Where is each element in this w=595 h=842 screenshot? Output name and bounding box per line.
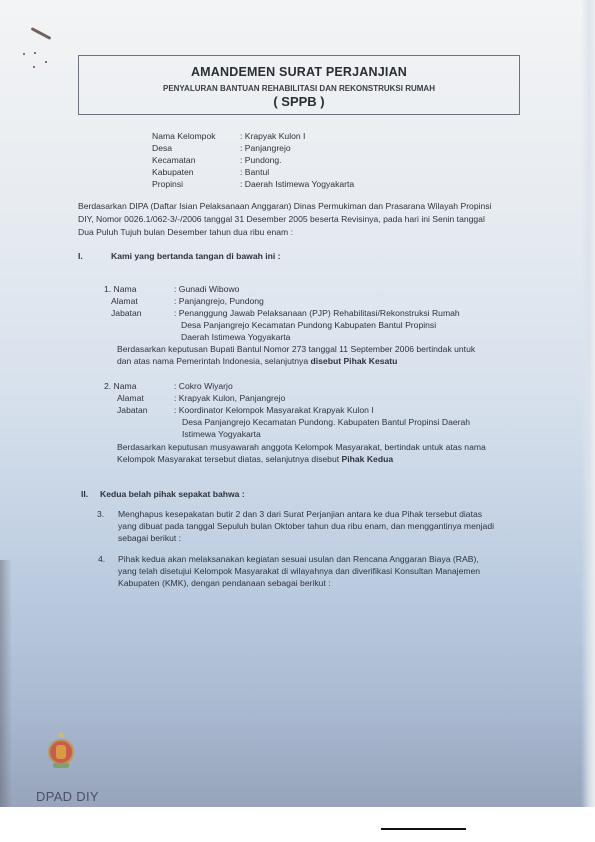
clause-line: sebagai berikut : xyxy=(118,533,181,544)
party-2-name: : Cokro Wiyarjo xyxy=(174,381,233,392)
watermark-text: DPAD DIY xyxy=(36,789,99,804)
party-1-basis: dan atas nama Pemerintah Indonesia, sela… xyxy=(117,356,397,367)
clause-number: 4. xyxy=(98,554,105,565)
scanned-page: AMANDEMEN SURAT PERJANJIAN PENYALURAN BA… xyxy=(0,0,595,807)
info-value: : Daerah Istimewa Yogyakarta xyxy=(240,179,354,190)
section-2-number: II. xyxy=(81,489,88,500)
party-2-position: Desa Panjangrejo Kecamatan Pundong. Kabu… xyxy=(182,417,470,428)
info-label: Kecamatan xyxy=(152,155,195,166)
document-code: ( SPPB ) xyxy=(79,94,519,109)
section-1-heading: Kami yang bertanda tangan di bawah ini : xyxy=(111,251,281,262)
intro-line: DIY, Nomor 0026.1/062-3/-/2006 tanggal 3… xyxy=(78,214,485,225)
section-1-number: I. xyxy=(78,251,83,262)
document-subtitle: PENYALURAN BANTUAN REHABILITASI DAN REKO… xyxy=(79,84,519,93)
ink-smudge xyxy=(31,27,52,40)
intro-line: Dua Puluh Tujuh bulan Desember tahun dua… xyxy=(78,227,293,238)
party-2-position-label: Jabatan xyxy=(117,405,148,416)
party-1-address-label: Alamat xyxy=(111,296,138,307)
info-value: : Krapyak Kulon I xyxy=(240,131,305,142)
party-1-position: : Penanggung Jawab Pelaksanaan (PJP) Reh… xyxy=(174,308,460,319)
title-box: AMANDEMEN SURAT PERJANJIAN PENYALURAN BA… xyxy=(78,55,520,115)
party-2-basis-text: Kelompok Masyarakat tersebut diatas, sel… xyxy=(117,454,342,464)
info-value: : Bantul xyxy=(240,167,269,178)
info-value: : Panjangrejo xyxy=(240,143,291,154)
info-value: : Pundong. xyxy=(240,155,282,166)
party-1-name-label: 1. Nama xyxy=(104,284,136,295)
party-2-position: Istimewa Yogyakarta xyxy=(182,429,261,440)
clause-number: 3. xyxy=(97,509,104,520)
section-2-heading: Kedua belah pihak sepakat bahwa : xyxy=(100,489,245,500)
clause-line: yang dibuat pada tanggal Sepuluh bulan O… xyxy=(118,521,494,532)
ink-dot xyxy=(33,66,35,68)
party-1-basis: Berdasarkan keputusan Bupati Bantul Nomo… xyxy=(117,344,475,355)
party-2-basis: Berdasarkan keputusan musyawarah anggota… xyxy=(117,442,486,453)
info-label: Desa xyxy=(152,143,172,154)
info-label: Propinsi xyxy=(152,179,183,190)
party-2-position: : Koordinator Kelompok Masyarakat Krapya… xyxy=(174,405,374,416)
party-1-address: : Panjangrejo, Pundong xyxy=(174,296,264,307)
party-1-basis-text: dan atas nama Pemerintah Indonesia, sela… xyxy=(117,356,311,366)
clause-line: Pihak kedua akan melaksanakan kegiatan s… xyxy=(118,554,479,565)
ink-dot xyxy=(34,52,36,54)
party-2-address-label: Alamat xyxy=(117,393,144,404)
clause-line: Kabupaten (KMK), dengan pendanaan sebaga… xyxy=(118,578,331,589)
ink-dot xyxy=(45,61,47,63)
info-label: Kabupaten xyxy=(152,167,194,178)
party-1-designation: disebut Pihak Kesatu xyxy=(311,356,398,366)
document-title: AMANDEMEN SURAT PERJANJIAN xyxy=(79,65,519,79)
party-2-address: : Krapyak Kulon, Panjangrejo xyxy=(174,393,285,404)
clause-line: Menghapus kesepakatan butir 2 dan 3 dari… xyxy=(118,509,482,520)
dpad-emblem-icon: ★ xyxy=(48,733,76,769)
party-1-position-label: Jabatan xyxy=(111,308,142,319)
party-1-position: Daerah Istimewa Yogyakarta xyxy=(181,332,290,343)
party-2-name-label: 2. Nama xyxy=(104,381,136,392)
footer-rule xyxy=(381,828,466,830)
party-2-designation: Pihak Kedua xyxy=(342,454,394,464)
party-1-position: Desa Panjangrejo Kecamatan Pundong Kabup… xyxy=(181,320,436,331)
party-1-name: : Gunadi Wibowo xyxy=(174,284,239,295)
ink-dot xyxy=(23,53,25,55)
clause-line: yang telah disetujui Kelompok Masyarakat… xyxy=(118,566,480,577)
party-2-basis: Kelompok Masyarakat tersebut diatas, sel… xyxy=(117,454,393,465)
intro-line: Berdasarkan DIPA (Daftar Isian Pelaksana… xyxy=(78,201,492,212)
info-label: Nama Kelompok xyxy=(152,131,216,142)
